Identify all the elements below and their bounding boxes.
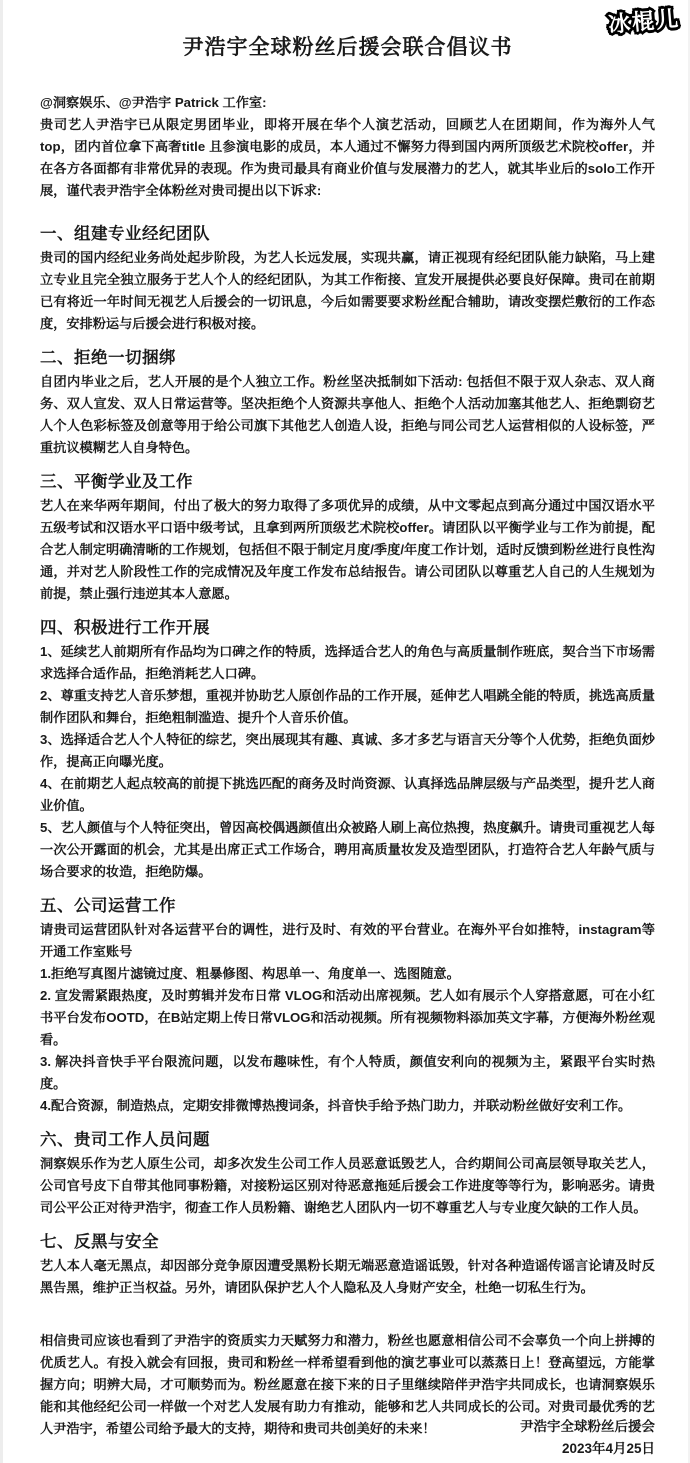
section-body: 艺人在来华两年期间，付出了极大的努力取得了多项优异的成绩，从中文零起点到高分通过… [40,495,655,605]
section-body: 1、延续艺人前期所有作品均为口碑之作的特质，选择适合艺人的角色与高质量制作班底，… [40,641,655,883]
section-heading: 六、贵司工作人员问题 [40,1128,655,1153]
section-heading: 五、公司运营工作 [40,894,655,919]
watermark-badge: 冰棍儿 [607,2,681,39]
section-paragraph: 贵司的国内经纪业务尚处起步阶段，为艺人长远发展，实现共赢，请正视现有经纪团队能力… [40,247,655,335]
section-paragraph: 1.拒绝写真图片滤镜过度、粗暴修图、构思单一、角度单一、选图随意。 [40,963,655,985]
section-heading: 七、反黑与安全 [40,1230,655,1255]
section-paragraph: 4、在前期艺人起点较高的前提下挑选匹配的商务及时尚资源、认真择选品牌层级与产品类… [40,773,655,817]
section-paragraph: 2. 宣发需紧跟热度，及时剪辑并发布日常 VLOG和活动出席视频。艺人如有展示个… [40,985,655,1051]
section-body: 艺人本人毫无黑点，却因部分竞争原因遭受黑粉长期无端恶意造谣诋毁，针对各种造谣传谣… [40,1255,655,1299]
section: 一、组建专业经纪团队 贵司的国内经纪业务尚处起步阶段，为艺人长远发展，实现共赢，… [40,222,655,335]
section: 六、贵司工作人员问题 洞察娱乐作为艺人原生公司，却多次发生公司工作人员恶意诋毁艺… [40,1128,655,1219]
section-paragraph: 自团内毕业之后，艺人开展的是个人独立工作。粉丝坚决抵制如下活动: 包括但不限于双… [40,371,655,459]
section: 五、公司运营工作 请贵司运营团队针对各运营平台的调性，进行及时、有效的平台营业。… [40,894,655,1117]
section-paragraph: 3. 解决抖音快手平台限流问题，以发布趣味性，有个人特质，颜值安利向的视频为主，… [40,1051,655,1095]
signature-block: 尹浩宇全球粉丝后援会 2023年4月25日 [520,1416,655,1460]
section-paragraph: 1、延续艺人前期所有作品均为口碑之作的特质，选择适合艺人的角色与高质量制作班底，… [40,641,655,685]
section-body: 请贵司运营团队针对各运营平台的调性，进行及时、有效的平台营业。在海外平台如推特，… [40,919,655,1117]
section-paragraph: 洞察娱乐作为艺人原生公司，却多次发生公司工作人员恶意诋毁艺人，合约期间公司高层领… [40,1153,655,1219]
section-heading: 二、拒绝一切捆绑 [40,346,655,371]
sections-container: 一、组建专业经纪团队 贵司的国内经纪业务尚处起步阶段，为艺人长远发展，实现共赢，… [40,222,655,1299]
intro-paragraph: 贵司艺人尹浩宇已从限定男团毕业，即将开展在华个人演艺活动，回顾艺人在团期间，作为… [40,114,655,202]
section-paragraph: 4.配合资源，制造热点，定期安排微博热搜词条，抖音快手给予热门助力，并联动粉丝做… [40,1095,655,1117]
section-paragraph: 5、艺人颜值与个人特征突出，曾因高校偶遇颜值出众被路人刷上高位热搜，热度飙升。请… [40,817,655,883]
section-heading: 一、组建专业经纪团队 [40,222,655,247]
section-body: 洞察娱乐作为艺人原生公司，却多次发生公司工作人员恶意诋毁艺人，合约期间公司高层领… [40,1153,655,1219]
section-paragraph: 艺人本人毫无黑点，却因部分竞争原因遭受黑粉长期无端恶意造谣诋毁，针对各种造谣传谣… [40,1255,655,1299]
salutation-line: @洞察娱乐、@尹浩宇 Patrick 工作室: [40,92,655,114]
section: 二、拒绝一切捆绑 自团内毕业之后，艺人开展的是个人独立工作。粉丝坚决抵制如下活动… [40,346,655,459]
section: 三、平衡学业及工作 艺人在来华两年期间，付出了极大的努力取得了多项优异的成绩，从… [40,470,655,605]
section-paragraph: 2、尊重支持艺人音乐梦想，重视并协助艺人原创作品的工作开展，延伸艺人唱跳全能的特… [40,685,655,729]
signature-date: 2023年4月25日 [520,1438,655,1460]
section-body: 自团内毕业之后，艺人开展的是个人独立工作。粉丝坚决抵制如下活动: 包括但不限于双… [40,371,655,459]
section-heading: 三、平衡学业及工作 [40,470,655,495]
document-page: 冰棍儿 尹浩宇全球粉丝后援会联合倡议书 @洞察娱乐、@尹浩宇 Patrick 工… [0,0,690,1463]
section-paragraph: 艺人在来华两年期间，付出了极大的努力取得了多项优异的成绩，从中文零起点到高分通过… [40,495,655,605]
section-paragraph: 请贵司运营团队针对各运营平台的调性，进行及时、有效的平台营业。在海外平台如推特，… [40,919,655,963]
section: 四、积极进行工作开展 1、延续艺人前期所有作品均为口碑之作的特质，选择适合艺人的… [40,616,655,883]
page-title: 尹浩宇全球粉丝后援会联合倡议书 [40,34,655,62]
section-body: 贵司的国内经纪业务尚处起步阶段，为艺人长远发展，实现共赢，请正视现有经纪团队能力… [40,247,655,335]
signature-org: 尹浩宇全球粉丝后援会 [520,1416,655,1438]
opening-block: @洞察娱乐、@尹浩宇 Patrick 工作室: 贵司艺人尹浩宇已从限定男团毕业，… [40,92,655,202]
section-paragraph: 3、选择适合艺人个人特征的综艺，突出展现其有趣、真诚、多才多艺与语言天分等个人优… [40,729,655,773]
section: 七、反黑与安全 艺人本人毫无黑点，却因部分竞争原因遭受黑粉长期无端恶意造谣诋毁，… [40,1230,655,1299]
section-heading: 四、积极进行工作开展 [40,616,655,641]
